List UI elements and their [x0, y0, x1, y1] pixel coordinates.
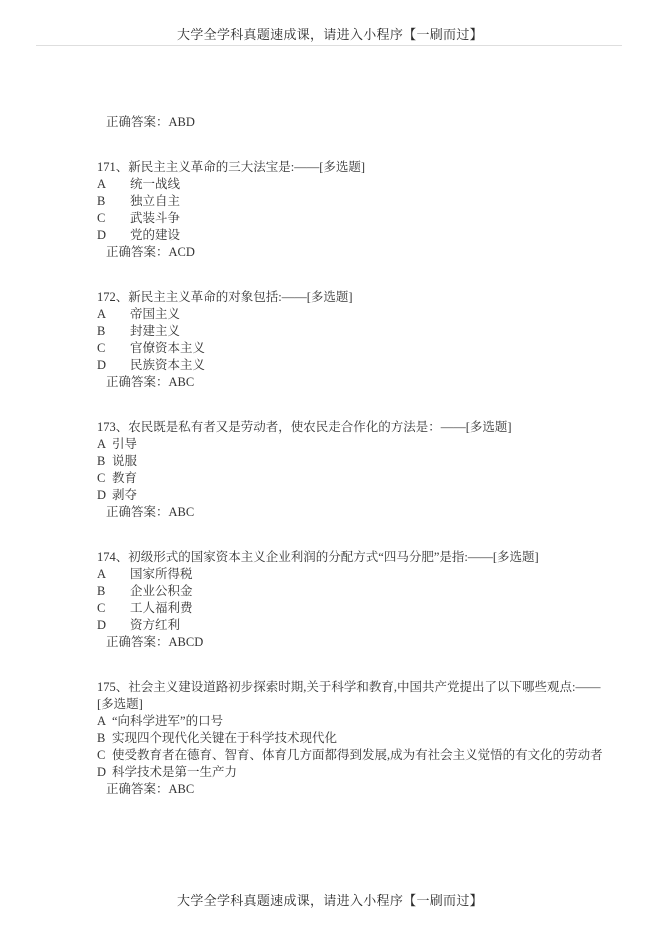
bottom-banner: 大学全学科真题速成课，请进入小程序【一刷而过】: [0, 890, 660, 909]
option-text: 资方红利: [130, 618, 180, 632]
option-row: A帝国主义: [97, 306, 632, 323]
document-page: 大学全学科真题速成课，请进入小程序【一刷而过】 正确答案：ABD 171、新民主…: [0, 0, 660, 934]
option-letter: B: [97, 453, 112, 470]
answer-prefix: 正确答案：: [106, 505, 169, 519]
option-row: C工人福利费: [97, 600, 632, 617]
option-row: D资方红利: [97, 617, 632, 634]
option-letter: D: [97, 357, 130, 374]
question-block: 173、农民既是私有者又是劳动者，使农民走合作化的方法是：——[多选题] A引导…: [97, 419, 632, 521]
option-letter: D: [97, 617, 130, 634]
option-text: 国家所得税: [130, 567, 193, 581]
option-row: B封建主义: [97, 323, 632, 340]
question-stem-line: 社会主义建设道路初步探索时期,关于科学和教育,中国共产党提出了以下哪些观点:——: [128, 680, 600, 694]
option-letter: A: [97, 566, 130, 583]
option-row: A国家所得税: [97, 566, 632, 583]
options-list: A引导B说服C教育D剥夺: [97, 436, 632, 504]
option-row: A统一战线: [97, 176, 632, 193]
answer-prefix: 正确答案：: [106, 115, 169, 129]
option-letter: A: [97, 306, 130, 323]
options-list: A统一战线B独立自主C武装斗争D党的建设: [97, 176, 632, 244]
orphan-answer-line: 正确答案：ABD: [106, 114, 632, 131]
question-number: 173、: [97, 420, 128, 434]
option-text: 武装斗争: [130, 211, 180, 225]
option-letter: A: [97, 176, 130, 193]
options-list: A国家所得税B企业公积金C工人福利费D资方红利: [97, 566, 632, 634]
answer-line: 正确答案：ABC: [106, 781, 632, 798]
option-letter: C: [97, 470, 112, 487]
answer-line: 正确答案：ABCD: [106, 634, 632, 651]
option-text: 引导: [112, 437, 137, 451]
question-block: 175、社会主义建设道路初步探索时期,关于科学和教育,中国共产党提出了以下哪些观…: [97, 679, 632, 798]
option-letter: B: [97, 323, 130, 340]
option-letter: A: [97, 436, 112, 453]
option-letter: C: [97, 747, 112, 764]
option-text: 封建主义: [130, 324, 180, 338]
option-row: D剥夺: [97, 487, 632, 504]
option-text: 科学技术是第一生产力: [112, 765, 237, 779]
option-letter: B: [97, 193, 130, 210]
option-text: 官僚资本主义: [130, 341, 205, 355]
option-text: 统一战线: [130, 177, 180, 191]
option-letter: D: [97, 487, 112, 504]
question-title: 171、新民主主义革命的三大法宝是:——[多选题]: [97, 159, 632, 176]
question-stem-line: 新民主主义革命的对象包括:——[多选题]: [128, 290, 352, 304]
question-stem-line: 初级形式的国家资本主义企业利润的分配方式“四马分肥”是指:——[多选题]: [128, 550, 538, 564]
option-letter: A: [97, 713, 112, 730]
question-stem-line: 新民主主义革命的三大法宝是:——[多选题]: [128, 160, 365, 174]
top-banner: 大学全学科真题速成课，请进入小程序【一刷而过】: [0, 24, 660, 43]
option-text: 工人福利费: [130, 601, 193, 615]
answer-value: ABCD: [169, 635, 204, 649]
question-stem-line: [多选题]: [97, 697, 143, 711]
option-text: 帝国主义: [130, 307, 180, 321]
question-number: 171、: [97, 160, 128, 174]
option-text: 民族资本主义: [130, 358, 205, 372]
question-list: 171、新民主主义革命的三大法宝是:——[多选题] A统一战线B独立自主C武装斗…: [97, 159, 632, 798]
option-letter: D: [97, 227, 130, 244]
option-row: D科学技术是第一生产力: [97, 764, 632, 781]
option-text: 企业公积金: [130, 584, 193, 598]
option-letter: C: [97, 340, 130, 357]
option-row: D民族资本主义: [97, 357, 632, 374]
answer-value: ABD: [169, 115, 195, 129]
option-text: “向科学进军”的口号: [112, 714, 223, 728]
questions-area: 正确答案：ABD 171、新民主主义革命的三大法宝是:——[多选题] A统一战线…: [97, 114, 632, 798]
question-number: 175、: [97, 680, 128, 694]
option-row: A“向科学进军”的口号: [97, 713, 632, 730]
option-letter: D: [97, 764, 112, 781]
option-letter: C: [97, 210, 130, 227]
question-title: 175、社会主义建设道路初步探索时期,关于科学和教育,中国共产党提出了以下哪些观…: [97, 679, 632, 713]
question-title: 173、农民既是私有者又是劳动者，使农民走合作化的方法是：——[多选题]: [97, 419, 632, 436]
option-letter: C: [97, 600, 130, 617]
option-row: C使受教育者在德育、智育、体育几方面都得到发展,成为有社会主义觉悟的有文化的劳动…: [97, 747, 632, 764]
question-block: 171、新民主主义革命的三大法宝是:——[多选题] A统一战线B独立自主C武装斗…: [97, 159, 632, 261]
answer-line: 正确答案：ABC: [106, 504, 632, 521]
option-row: A引导: [97, 436, 632, 453]
option-text: 实现四个现代化关键在于科学技术现代化: [112, 731, 337, 745]
answer-prefix: 正确答案：: [106, 782, 169, 796]
question-block: 172、新民主主义革命的对象包括:——[多选题] A帝国主义B封建主义C官僚资本…: [97, 289, 632, 391]
question-stem-line: 农民既是私有者又是劳动者，使农民走合作化的方法是：——[多选题]: [128, 420, 511, 434]
option-text: 独立自主: [130, 194, 180, 208]
answer-value: ABC: [169, 505, 195, 519]
question-title: 172、新民主主义革命的对象包括:——[多选题]: [97, 289, 632, 306]
question-number: 174、: [97, 550, 128, 564]
answer-prefix: 正确答案：: [106, 245, 169, 259]
options-list: A帝国主义B封建主义C官僚资本主义D民族资本主义: [97, 306, 632, 374]
answer-value: ACD: [169, 245, 195, 259]
question-block: 174、初级形式的国家资本主义企业利润的分配方式“四马分肥”是指:——[多选题]…: [97, 549, 632, 651]
option-letter: B: [97, 730, 112, 747]
answer-line: 正确答案：ACD: [106, 244, 632, 261]
option-row: D党的建设: [97, 227, 632, 244]
option-row: B实现四个现代化关键在于科学技术现代化: [97, 730, 632, 747]
option-row: C教育: [97, 470, 632, 487]
answer-value: ABC: [169, 782, 195, 796]
option-row: B企业公积金: [97, 583, 632, 600]
answer-prefix: 正确答案：: [106, 375, 169, 389]
answer-value: ABC: [169, 375, 195, 389]
answer-line: 正确答案：ABC: [106, 374, 632, 391]
question-number: 172、: [97, 290, 128, 304]
options-list: A“向科学进军”的口号B实现四个现代化关键在于科学技术现代化C使受教育者在德育、…: [97, 713, 632, 781]
answer-prefix: 正确答案：: [106, 635, 169, 649]
option-text: 使受教育者在德育、智育、体育几方面都得到发展,成为有社会主义觉悟的有文化的劳动者: [112, 748, 603, 762]
option-text: 教育: [112, 471, 137, 485]
option-text: 剥夺: [112, 488, 137, 502]
option-row: C武装斗争: [97, 210, 632, 227]
option-row: C官僚资本主义: [97, 340, 632, 357]
option-letter: B: [97, 583, 130, 600]
header-divider: [36, 45, 622, 46]
option-text: 党的建设: [130, 228, 180, 242]
option-row: B说服: [97, 453, 632, 470]
question-title: 174、初级形式的国家资本主义企业利润的分配方式“四马分肥”是指:——[多选题]: [97, 549, 632, 566]
option-text: 说服: [112, 454, 137, 468]
option-row: B独立自主: [97, 193, 632, 210]
